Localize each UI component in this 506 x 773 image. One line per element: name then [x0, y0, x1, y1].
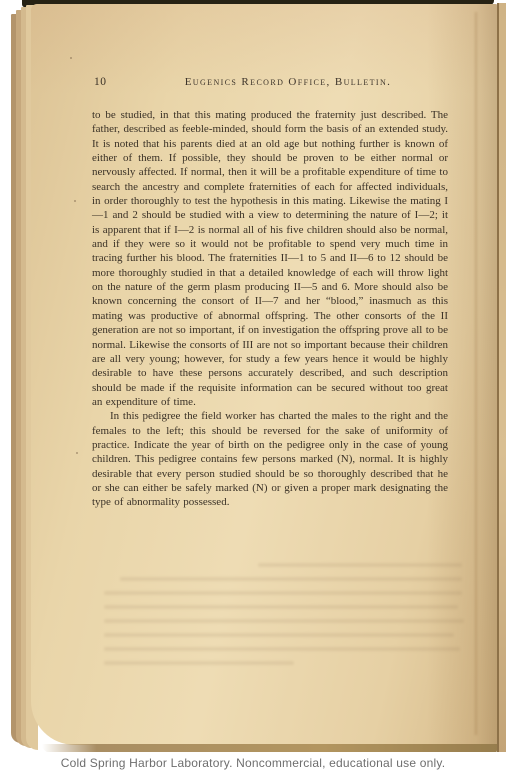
paper-speck — [76, 452, 78, 454]
attribution-bar: Cold Spring Harbor Laboratory. Noncommer… — [0, 752, 506, 773]
page-crease — [475, 12, 477, 735]
page-text-block: 10 Eugenics Record Office, Bulletin. to … — [92, 76, 448, 510]
ghost-text-line — [104, 591, 462, 595]
adjacent-page-edge — [497, 3, 506, 752]
paper-speck — [74, 200, 76, 202]
paragraph: In this pedigree the field worker has ch… — [92, 409, 448, 509]
ghost-text-line — [104, 647, 460, 651]
running-head-row: 10 Eugenics Record Office, Bulletin. — [92, 76, 448, 91]
paragraph: to be studied, in that this mating produ… — [92, 108, 448, 409]
attribution-caption: Cold Spring Harbor Laboratory. Noncommer… — [61, 756, 445, 770]
paper-speck — [70, 57, 72, 59]
ghost-text-line — [104, 633, 454, 637]
ghost-text-line — [120, 577, 462, 581]
ghost-text-line — [104, 661, 294, 665]
ghost-text-line — [258, 563, 462, 567]
scanned-book-photo: 10 Eugenics Record Office, Bulletin. to … — [0, 0, 506, 773]
ghost-text-line — [104, 605, 458, 609]
page-number: 10 — [94, 76, 107, 88]
page-body-text: to be studied, in that this mating produ… — [92, 108, 448, 510]
running-header: Eugenics Record Office, Bulletin. — [92, 76, 448, 88]
ghost-text-line — [104, 619, 464, 623]
